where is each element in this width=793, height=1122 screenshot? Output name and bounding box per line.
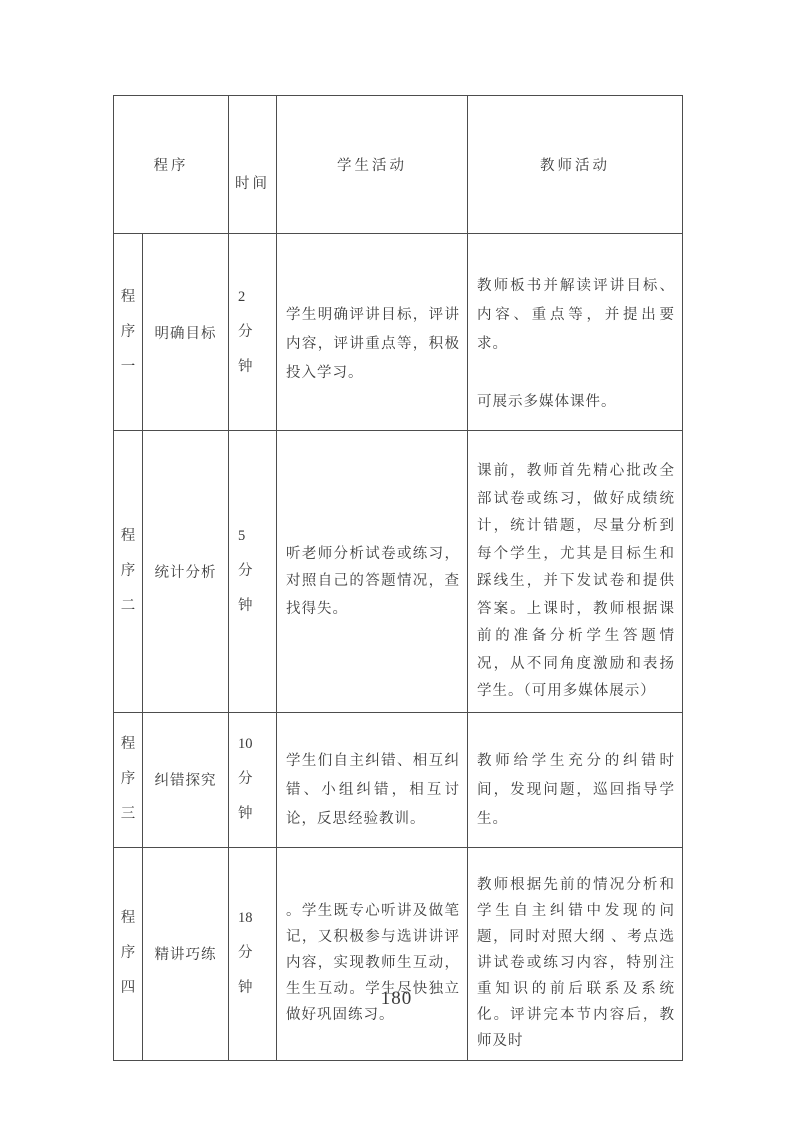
time-value: 18 分 钟 [229,847,277,1060]
procedure-label: 纠错探究 [143,712,229,847]
procedure-label: 明确目标 [143,234,229,431]
procedure-number: 程 序 一 [114,234,143,431]
student-activity-text: 学生们自主纠错、相互纠错、小组纠错，相互讨论，反思经验教训。 [277,712,468,847]
time-value: 10 分 钟 [229,712,277,847]
header-student-activity: 学生活动 [277,96,468,234]
table-row-procedure-4: 程 序 四 精讲巧练 18 分 钟 。学生既专心听讲及做笔记，又积极参与选讲讲评… [114,847,683,1060]
teacher-activity-text: 课前，教师首先精心批改全部试卷或练习，做好成绩统计，统计错题，尽量分析到每个学生… [468,431,683,713]
teacher-activity-text: 教师给学生充分的纠错时间，发现问题，巡回指导学生。 [468,712,683,847]
table-header-row: 程序 时间 学生活动 教师活动 [114,96,683,234]
procedure-number: 程 序 二 [114,431,143,713]
procedure-number: 程 序 四 [114,847,143,1060]
procedure-label: 精讲巧练 [143,847,229,1060]
student-activity-text: 学生明确评讲目标，评讲内容，评讲重点等，积极投入学习。 [277,234,468,431]
procedure-number: 程 序 三 [114,712,143,847]
teacher-activity-text: 教师板书并解读评讲目标、内容、重点等，并提出要求。 可展示多媒体课件。 [468,234,683,431]
student-activity-text: 听老师分析试卷或练习，对照自己的答题情况，查找得失。 [277,431,468,713]
header-procedure: 程序 [114,96,229,234]
time-value: 5 分 钟 [229,431,277,713]
table-row-procedure-3: 程 序 三 纠错探究 10 分 钟 学生们自主纠错、相互纠错、小组纠错，相互讨论… [114,712,683,847]
teacher-activity-text: 教师根据先前的情况分析和学生自主纠错中发现的问题，同时对照大纲 、考点选讲试卷或… [468,847,683,1060]
header-time: 时间 [229,96,277,234]
page-number: 180 [0,988,793,1010]
time-value: 2 分 钟 [229,234,277,431]
header-teacher-activity: 教师活动 [468,96,683,234]
procedure-label: 统计分析 [143,431,229,713]
table-row-procedure-2: 程 序 二 统计分析 5 分 钟 听老师分析试卷或练习，对照自己的答题情况，查找… [114,431,683,713]
student-activity-text: 。学生既专心听讲及做笔记，又积极参与选讲讲评内容，实现教师生互动，生生互动。学生… [277,847,468,1060]
table-row-procedure-1: 程 序 一 明确目标 2 分 钟 学生明确评讲目标，评讲内容，评讲重点等，积极投… [114,234,683,431]
lesson-procedure-table: 程序 时间 学生活动 教师活动 程 序 一 明确目标 2 分 钟 学生明确评讲目… [113,95,683,1061]
